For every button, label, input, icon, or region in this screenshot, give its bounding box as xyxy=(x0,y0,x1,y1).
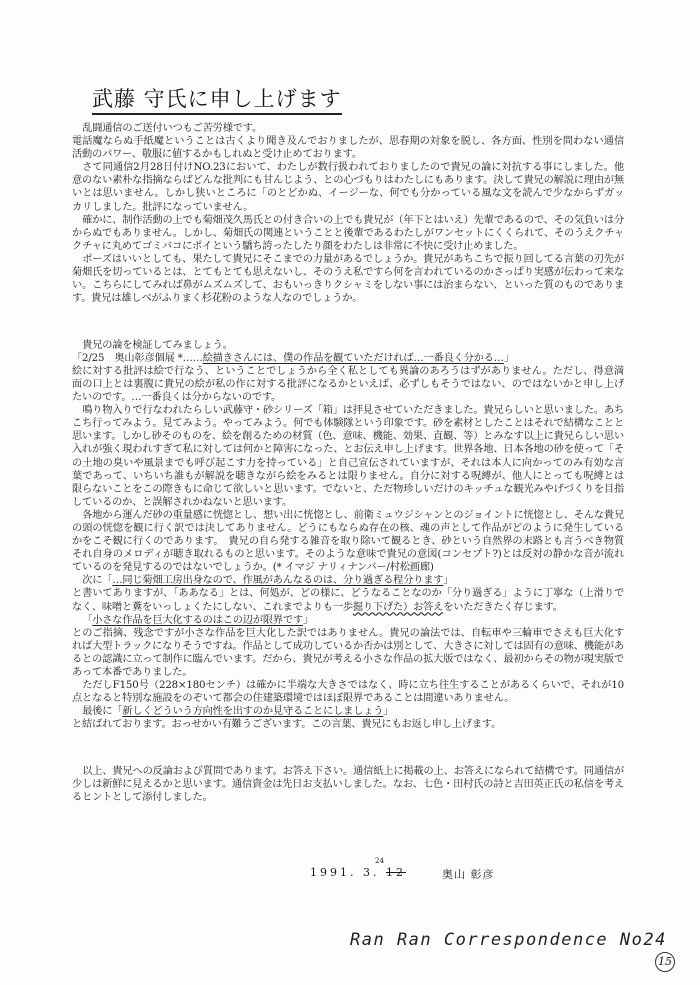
paragraph-text: ただしF150号（228×180センチ）は確かに半端な大きさではなく、時に立ち往… xyxy=(72,680,624,704)
paragraph-text: 電話魔ならぬ手紙魔ということは古くより聞き及んでおりましたが、思春期の対象を脱し… xyxy=(72,136,624,160)
underlined-quote: 新しくどういう方向性を出すのか見守ることにしましょう xyxy=(122,706,383,717)
paragraph: 絵に対する批評は絵で行なう、ということでしょうから全く私としても異論のあろうはず… xyxy=(72,365,624,404)
quote-suffix: 」 xyxy=(303,615,313,626)
paragraph: 以上、貴兄への反論および質問であります。お答え下さい。通信紙上に掲載の上、お答え… xyxy=(72,765,624,804)
quote-prefix: 次に「 xyxy=(82,575,112,586)
author-name: 奥山 彰彦 xyxy=(442,866,495,882)
paragraph: 電話魔ならぬ手紙魔ということは古くより聞き及んでおりましたが、思春期の対象を脱し… xyxy=(72,135,624,161)
signature-row: 1991. 3. 12 24 奥山 彰彦 xyxy=(0,866,700,884)
paragraph-text: 乱闘通信のご送付いつもご苦労様です。 xyxy=(82,123,262,134)
paragraph: 乱闘通信のご送付いつもご苦労様です。 xyxy=(72,122,624,135)
paragraph-text: ポーズはいいとしても、果たして貴兄にそこまでの力量があるでしょうか。貴兄があちこ… xyxy=(72,254,624,304)
document-title: 武藤 守氏に申し上げます xyxy=(92,86,342,115)
quote-prefix: 「2/25 奥山彰彦個展 *…… xyxy=(72,353,203,364)
paragraph-text: 確かに、制作活動の上でも菊畑茂久馬氏との付き合いの上でも貴兄が（年下とはいえ）先… xyxy=(72,215,624,252)
underlined-quote: 小さな作品を巨大化するのはこの辺が限界です xyxy=(92,615,303,626)
newsletter-footer: Ran Ran Correspondence No24 xyxy=(350,930,667,950)
paragraph: 貴兄の論を検証してみましょう。 xyxy=(72,339,624,352)
quote-suffix: 」 xyxy=(383,706,393,717)
page-number: 15 xyxy=(655,952,675,972)
paragraph: 各地から運んだ砂の重量感に恍惚とし、想い出に恍惚とし、前衛ミュウジシャンとのジョ… xyxy=(72,509,624,574)
wavy-underlined-text: 掘り下げた）お答え xyxy=(353,602,443,613)
date-prefix: 1991. 3. xyxy=(310,866,386,879)
document-page: 武藤 守氏に申し上げます 乱闘通信のご送付いつもご苦労様です。電話魔ならぬ手紙魔… xyxy=(0,0,700,985)
quote-prefix: 「 xyxy=(82,615,92,626)
paragraph: と結ばれております。おっせかい有難うございます。この言葉、貴兄にもお返し申し上げ… xyxy=(72,718,624,731)
paragraph: 鳴り物入りで行なわれたらしい武藤守・砂シリーズ「箱」は拝見させていただきました。… xyxy=(72,404,624,509)
paragraph: と書いてありますが、「ああなる」とは、何処が、どの様に、どうなることなのか「分り… xyxy=(72,587,624,613)
paragraph: ただしF150号（228×180センチ）は確かに半端な大きさではなく、時に立ち往… xyxy=(72,679,624,705)
paragraph-text: と結ばれております。おっせかい有難うございます。この言葉、貴兄にもお返し申し上げ… xyxy=(72,719,501,730)
letter-date: 1991. 3. 12 xyxy=(310,866,406,879)
paragraph: さて同通信2月28日付けNO.23において、わたしが数行扱われておりましたので貴… xyxy=(72,161,624,213)
paragraph-text: 鳴り物入りで行なわれたらしい武藤守・砂シリーズ「箱」は拝見させていただきました。… xyxy=(72,405,624,508)
quote-suffix: 」 xyxy=(443,575,453,586)
paragraph-text: さて同通信2月28日付けNO.23において、わたしが数行扱われておりましたので貴… xyxy=(72,162,624,212)
paragraph: 最後に「新しくどういう方向性を出すのか見守ることにしましょう」 xyxy=(72,705,624,718)
paragraph-gap xyxy=(72,316,624,329)
paragraph-text: 絵に対する批評は絵で行なう、ということでしょうから全く私としても異論のあろうはず… xyxy=(72,366,624,403)
underlined-quote: …同じ菊畑工房出身なので、作風があんなるのは、分り過ぎる程分ります xyxy=(112,575,443,586)
paragraph-gap xyxy=(72,742,624,755)
paragraph: 確かに、制作活動の上でも菊畑茂久馬氏との付き合いの上でも貴兄が（年下とはいえ）先… xyxy=(72,214,624,253)
date-correction: 24 xyxy=(375,857,384,865)
paragraph: 「小さな作品を巨大化するのはこの辺が限界です」 xyxy=(72,614,624,627)
letter-body: 乱闘通信のご送付いつもご苦労様です。電話魔ならぬ手紙魔ということは古くより聞き及… xyxy=(72,122,624,804)
underlined-quote: 絵描きさんには、僕の作品を観ていただければ…一番良く分かる… xyxy=(203,353,504,364)
quote-suffix: 」 xyxy=(504,353,514,364)
paragraph: とのご指摘、残念ですが小さな作品を巨大化した訳ではありません。貴兄の論法では、自… xyxy=(72,627,624,679)
paragraph: ポーズはいいとしても、果たして貴兄にそこまでの力量があるでしょうか。貴兄があちこ… xyxy=(72,253,624,305)
paragraph: 次に「…同じ菊畑工房出身なので、作風があんなるのは、分り過ぎる程分ります」 xyxy=(72,574,624,587)
paragraph-text: とのご指摘、残念ですが小さな作品を巨大化した訳ではありません。貴兄の論法では、自… xyxy=(72,628,624,678)
paragraph-text: 以上、貴兄への反論および質問であります。お答え下さい。通信紙上に掲載の上、お答え… xyxy=(72,766,624,803)
paragraph: 「2/25 奥山彰彦個展 *……絵描きさんには、僕の作品を観ていただければ…一番… xyxy=(72,352,624,365)
paragraph-text: 貴兄の論を検証してみましょう。 xyxy=(82,340,233,351)
quote-prefix: 最後に「 xyxy=(82,706,122,717)
paragraph-text: 各地から運んだ砂の重量感に恍惚とし、想い出に恍惚とし、前衛ミュウジシャンとのジョ… xyxy=(72,510,624,573)
date-struck-day: 12 xyxy=(386,866,406,879)
quote-suffix: をいただきたく存じます。 xyxy=(443,602,563,613)
